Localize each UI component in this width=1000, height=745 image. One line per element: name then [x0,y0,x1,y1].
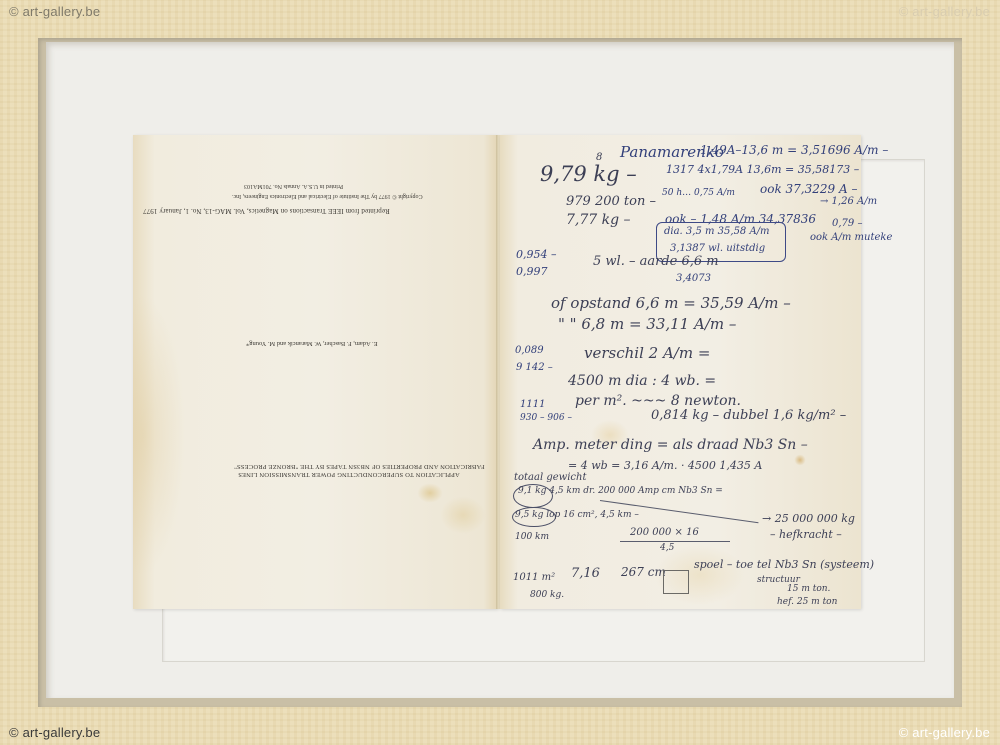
reprint-line: Reprinted from IEEE Transactions on Magn… [143,207,390,215]
authors-line: E. Adam, F. Bascher, W. Marancik and M. … [246,340,378,347]
title-line-1: FABRICATION AND PROPERTIES OF NB3SN TAPE… [234,463,485,470]
note-line: 9,5 kg lop 16 cm², 4,5 km – [515,510,639,520]
note-line: 800 kg. [530,590,564,600]
note-line: dia. 3,5 m 35,58 A/m [664,226,770,237]
note-line: = 4 wb = 3,16 A/m. · 4500 1,435 A [568,459,762,472]
note-line: ook A/m muteke [810,232,892,243]
note-line: 50 h… 0,75 A/m [662,188,735,198]
sketch-box [663,570,689,594]
note-line: 4500 m dia : 4 wb. = [568,373,716,389]
note-line: 15 m ton. [787,584,830,594]
note-line: totaal gewicht [514,472,587,483]
watermark-bottom-right: © art-gallery.be [899,725,990,740]
watermark-bottom-left: © art-gallery.be [9,725,100,740]
note-line: verschil 2 A/m = [584,344,710,362]
note-line: 1111 [520,399,545,410]
watermark-top-left: © art-gallery.be [9,4,100,19]
note-line: 979 200 ton – [566,194,656,209]
note-line: – hefkracht – [770,528,842,541]
note-line: hef. 25 m ton [777,597,837,607]
note-line: " " 6,8 m = 33,11 A/m – [558,315,736,333]
note-weight-1: 9,79 kg – [540,162,637,186]
note-line: → 1,26 A/m [820,196,877,207]
note-line: spoel – toe tel Nb3 Sn (systeem) [694,558,874,571]
copyright-line: Copyright © 1977 by The Institute of Ele… [232,193,423,199]
note-line: 0,954 – [516,248,557,261]
note-line: 7,16 [571,566,600,581]
note-line: 9 142 – [516,362,553,373]
note-line: 4,5 [660,543,674,553]
note-line: 0,814 kg – dubbel 1,6 kg/m² – [651,408,846,423]
note-line: 0,79 – [832,218,862,229]
note-line: 3,4073 [676,273,711,284]
note-line: 267 cm [621,565,666,579]
note-line: 3,1387 wl. uitstdig [670,243,765,254]
fraction-line [620,541,730,542]
note-line: 0,089 [515,345,544,356]
printed-line: Printed in U.S.A. Annals No. 701MA103 [244,183,343,189]
note-sup-1: 8 [596,152,602,163]
note-line: 930 – 906 – [520,413,572,423]
note-line: 200 000 × 16 [630,527,699,538]
note-line: ook 37,3229 A – [760,182,857,196]
note-line: of opstand 6,6 m = 35,59 A/m – [551,294,791,312]
watermark-top-right: © art-gallery.be [899,4,990,19]
note-line: Amp. meter ding = als draad Nb3 Sn – [533,437,808,453]
note-line: 1317 4x1,79A 13,6m = 35,58173 – [666,163,859,176]
note-line: 1,49A–13,6 m = 3,51696 A/m – [700,143,888,157]
note-weight-2: 7,77 kg – [566,212,631,228]
note-line: 1011 m² [513,572,555,583]
note-line: 100 km [515,532,549,542]
note-line: → 25 000 000 kg [762,512,855,525]
title-line-2: APPLICATION TO SUPERCONDUCTING POWER TRA… [238,471,460,478]
note-line: 0,997 [516,265,548,278]
note-line: 9,1 kg 4,5 km dr. 200 000 Amp cm Nb3 Sn … [518,486,723,496]
note-line: per m². ~~~ 8 newton. [575,393,741,409]
note-line: 5 wl. – aarde 6,6 m [593,254,719,269]
